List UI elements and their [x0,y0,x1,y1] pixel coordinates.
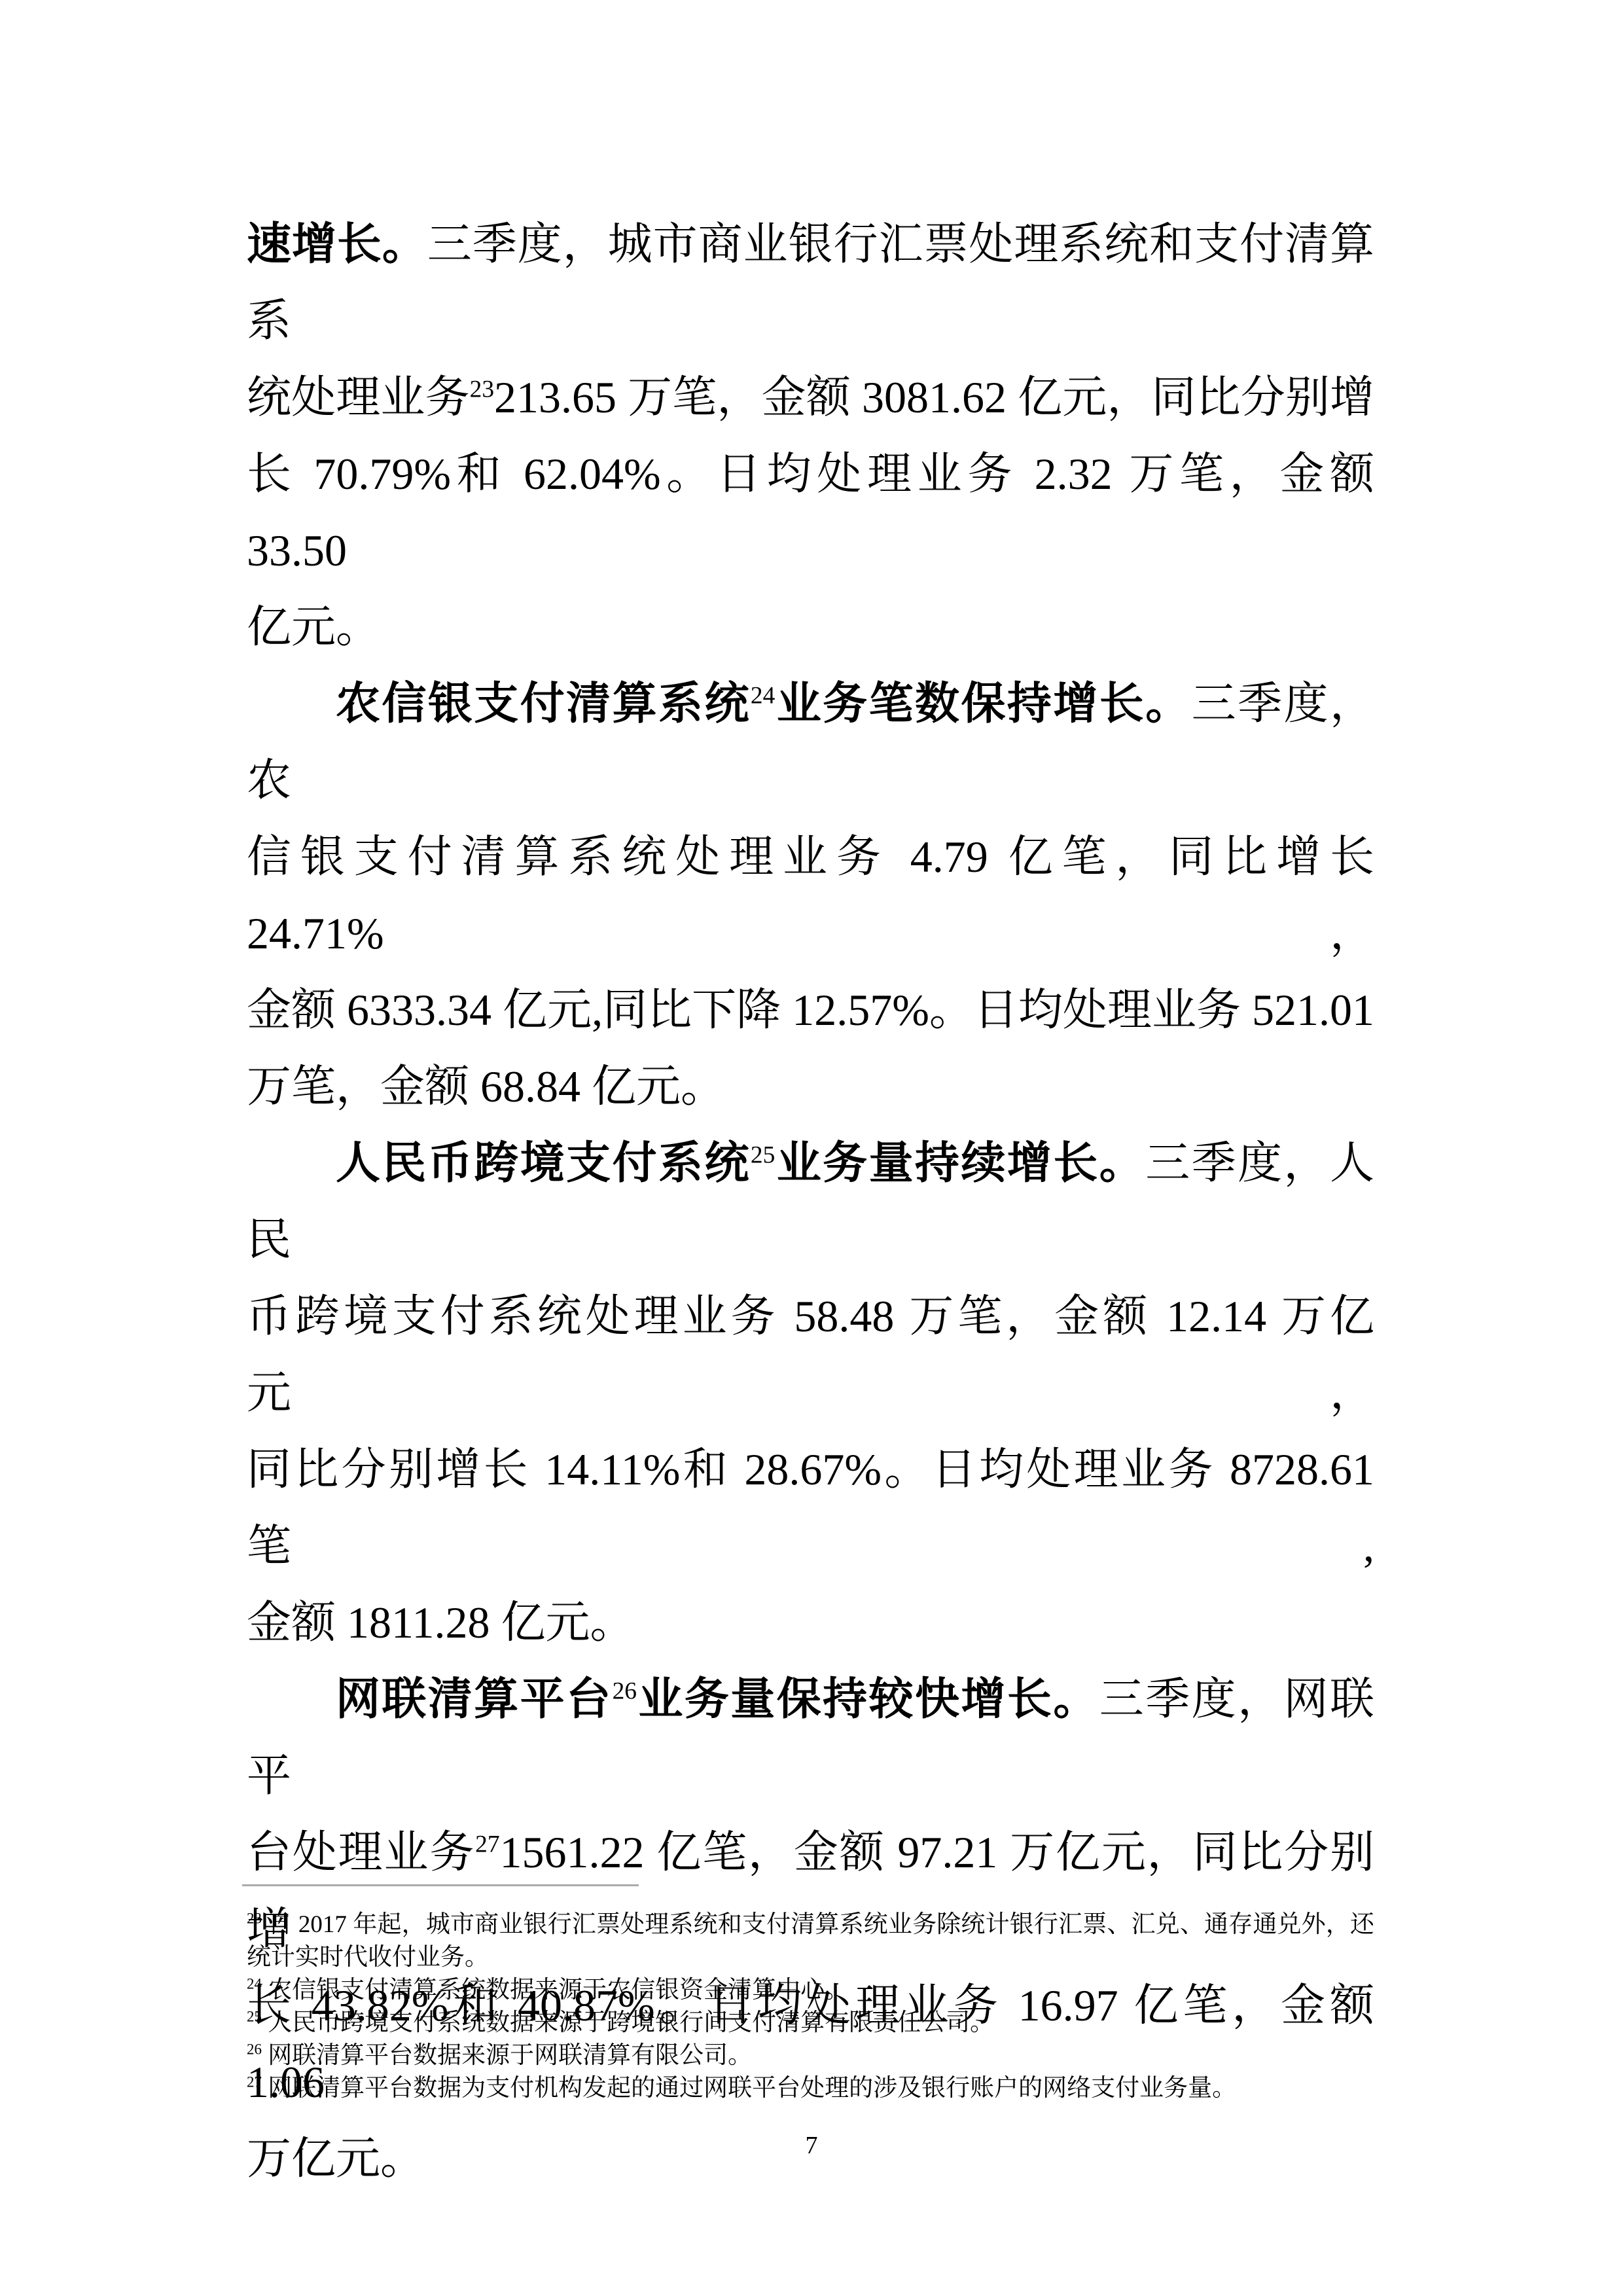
text-line: 同比分别增长 14.11%和 28.67%。日均处理业务 8728.61 笔, [247,1431,1374,1585]
body-text-segment: 同比分别增长 14.11%和 28.67%。日均处理业务 8728.61 笔, [247,1444,1374,1571]
text-line: 农信银支付清算系统24业务笔数保持增长。三季度，农 [247,666,1374,819]
footnote-line: 24 农信银支付清算系统数据来源于农信银资金清算中心。 [247,1974,1374,2007]
bold-text: 农信银支付清算系统 [336,679,751,728]
text-line: 金额 6333.34 亿元,同比下降 12.57%。日均处理业务 521.01 [247,972,1374,1049]
footnote-line: 26 网联清算平台数据来源于网联清算有限公司。 [247,2039,1374,2072]
bold-text: 业务量持续增长。 [775,1138,1145,1188]
footnote-text: 网联清算平台数据为支付机构发起的通过网联平台处理的涉及银行账户的网络支付业务量。 [268,2075,1236,2102]
body-text: 速增长。三季度，城市商业银行汇票处理系统和支付清算系统处理业务23213.65 … [247,206,1374,2197]
footnote-marker: 24 [247,1976,262,1992]
text-line: 币跨境支付系统处理业务 58.48 万笔，金额 12.14 万亿元， [247,1278,1374,1431]
bold-text: 人民币跨境支付系统 [336,1138,751,1188]
bold-text: 业务笔数保持增长。 [775,679,1191,728]
footnote-ref: 23 [470,376,494,403]
footnote-item: 23 自 2017 年起，城市商业银行汇票处理系统和支付清算系统业务除统计银行汇… [247,1909,1374,1974]
text-line: 信银支付清算系统处理业务 4.79 亿笔，同比增长 24.71%， [247,819,1374,972]
footnotes: 23 自 2017 年起，城市商业银行汇票处理系统和支付清算系统业务除统计银行汇… [247,1909,1374,2105]
footnote-line: 27 网联清算平台数据为支付机构发起的通过网联平台处理的涉及银行账户的网络支付业… [247,2072,1374,2105]
footnote-text: 人民币跨境支付系统数据来源于跨境银行间支付清算有限责任公司。 [268,2009,994,2036]
body-text-segment: 信银支付清算系统处理业务 4.79 亿笔，同比增长 24.71%， [247,832,1374,958]
footnote-ref: 24 [751,682,775,709]
paragraph: 农信银支付清算系统24业务笔数保持增长。三季度，农信银支付清算系统处理业务 4.… [247,666,1374,1125]
bold-text: 业务量保持较快增长。 [637,1674,1099,1724]
footnote-text: 自 2017 年起，城市商业银行汇票处理系统和支付清算系统业务除统计银行汇票、汇… [268,1911,1374,1938]
body-text-segment: 万笔，金额 68.84 亿元。 [247,1062,725,1111]
document-page: 速增长。三季度，城市商业银行汇票处理系统和支付清算系统处理业务23213.65 … [0,0,1623,2296]
text-line: 网联清算平台26业务量保持较快增长。三季度，网联平 [247,1661,1374,1814]
body-text-segment: 长 70.79%和 62.04%。日均处理业务 2.32 万笔，金额 33.50 [247,449,1374,575]
footnote-line: 23 自 2017 年起，城市商业银行汇票处理系统和支付清算系统业务除统计银行汇… [247,1909,1374,1941]
text-line: 亿元。 [247,589,1374,666]
footnote-marker: 23 [247,1910,262,1927]
bold-text: 速增长。 [247,219,427,269]
footnote-item: 27 网联清算平台数据为支付机构发起的通过网联平台处理的涉及银行账户的网络支付业… [247,2072,1374,2105]
footnote-text: 统计实时代收付业务。 [247,1944,489,1971]
text-line: 人民币跨境支付系统25业务量持续增长。三季度，人民 [247,1125,1374,1278]
footnote-ref: 26 [613,1677,637,1704]
paragraph: 速增长。三季度，城市商业银行汇票处理系统和支付清算系统处理业务23213.65 … [247,206,1374,666]
text-line: 统处理业务23213.65 万笔，金额 3081.62 亿元，同比分别增 [247,359,1374,436]
body-text-segment: 亿元。 [247,602,380,652]
footnote-line: 25 人民币跨境支付系统数据来源于跨境银行间支付清算有限责任公司。 [247,2007,1374,2039]
body-text-segment: 213.65 万笔，金额 3081.62 亿元，同比分别增 [494,372,1374,422]
text-line: 万笔，金额 68.84 亿元。 [247,1049,1374,1125]
footnote-item: 25 人民币跨境支付系统数据来源于跨境银行间支付清算有限责任公司。 [247,2007,1374,2039]
footnote-text: 网联清算平台数据来源于网联清算有限公司。 [268,2042,752,2069]
bold-text: 网联清算平台 [336,1674,613,1724]
body-text-segment: 币跨境支付系统处理业务 58.48 万笔，金额 12.14 万亿元， [247,1291,1374,1418]
page-number: 7 [0,2129,1623,2162]
footnote-line: 统计实时代收付业务。 [247,1941,1374,1974]
footnote-marker: 27 [247,2074,262,2090]
footnote-text: 农信银支付清算系统数据来源于农信银资金清算中心。 [268,1977,849,2003]
body-text-segment: 台处理业务 [247,1827,475,1877]
paragraph: 人民币跨境支付系统25业务量持续增长。三季度，人民币跨境支付系统处理业务 58.… [247,1125,1374,1661]
text-line: 长 70.79%和 62.04%。日均处理业务 2.32 万笔，金额 33.50 [247,436,1374,589]
footnote-marker: 26 [247,2041,262,2058]
body-text-segment: 金额 1811.28 亿元。 [247,1598,634,1647]
body-text-segment: 金额 6333.34 亿元,同比下降 12.57%。日均处理业务 521.01 [247,985,1374,1035]
footnote-item: 24 农信银支付清算系统数据来源于农信银资金清算中心。 [247,1974,1374,2007]
footnote-ref: 27 [475,1831,499,1857]
text-line: 速增长。三季度，城市商业银行汇票处理系统和支付清算系 [247,206,1374,359]
body-text-segment: 统处理业务 [247,372,470,422]
footnote-marker: 25 [247,2009,262,2025]
footnote-separator [242,1884,639,1886]
text-line: 金额 1811.28 亿元。 [247,1585,1374,1661]
footnote-ref: 25 [751,1141,775,1168]
footnote-item: 26 网联清算平台数据来源于网联清算有限公司。 [247,2039,1374,2072]
